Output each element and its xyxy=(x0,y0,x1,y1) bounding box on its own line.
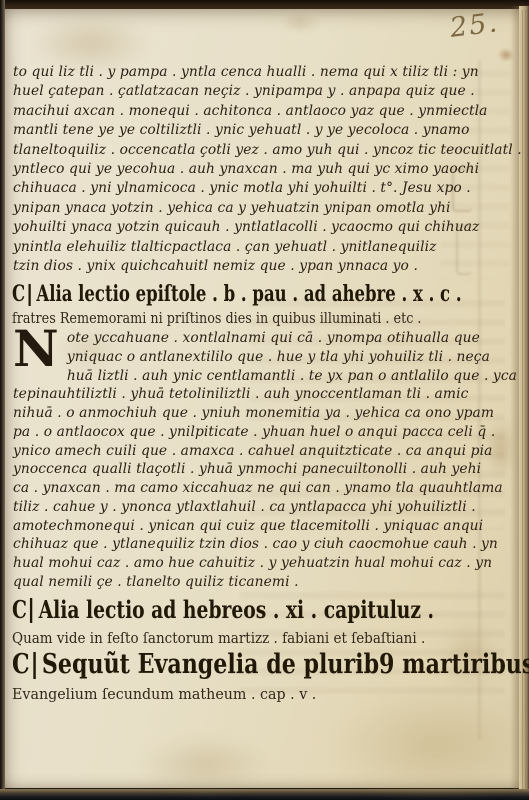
text-line: to qui liz tli . y pampa . yntla cenca h… xyxy=(13,63,465,82)
heading-text: Sequũt Evangelia de plurib9 martiribus . xyxy=(42,649,529,680)
capitulum-icon: C xyxy=(12,649,37,680)
text-line: mantli tene ye ye coltiliztli . ynic yeh… xyxy=(13,121,465,140)
heading-text: Alia lectio ad hebreos . xi . capituluz … xyxy=(39,595,434,624)
folio-number: 25. xyxy=(448,7,500,44)
text-line: amotechmonequi . ynican qui cuiz que tla… xyxy=(13,517,465,536)
book-bottom-edge xyxy=(0,789,529,800)
text-line: tiliz . cahue y . ynonca ytlaxtlahuil . … xyxy=(13,498,465,517)
text-line: chihuaz que . ytlanequiliz tzin dios . c… xyxy=(13,535,465,554)
book-binding-edge xyxy=(0,0,5,800)
text-line: tzin dios . ynix quichcahuitl nemiz que … xyxy=(13,257,465,276)
nahuatl-paragraph-2: N ote yccahuane . xontlalnami qui cā . y… xyxy=(13,329,465,592)
latin-rubric-2: Quam vide in feſto ſanctorum martizz . f… xyxy=(12,629,425,647)
capitulum-icon: C xyxy=(12,281,32,307)
text-line: ynoccenca qualli tlaçotli . yhuā ynmochi… xyxy=(13,460,465,479)
capitulum-icon: C xyxy=(12,595,34,624)
book-top-edge xyxy=(0,0,529,9)
text-line: hual mohui caz . amo hue cahuitiz . y ye… xyxy=(13,554,465,573)
text-line: yntleco qui ye yecohua . auh ynaxcan . m… xyxy=(13,160,465,179)
section-heading-gospels: CSequũt Evangelia de plurib9 martiribus … xyxy=(12,649,529,680)
text-line: chihuaca . yni ylnamicoca . ynic motla y… xyxy=(13,179,465,198)
section-heading-epistle: CAlia lectio epiſtole . b . pau . ad ahe… xyxy=(12,281,529,307)
text-line: macihui axcan . monequi . achitonca . an… xyxy=(13,102,465,121)
text-line: nihuā . o anmochiuh que . yniuh monemiti… xyxy=(13,404,465,423)
text-line: pa . o antlaocox que . ynilpiticate . yh… xyxy=(13,423,465,442)
text-line: huā liztli . auh ynic centlamantli . te … xyxy=(13,367,465,386)
drop-cap-initial: N xyxy=(13,330,59,368)
text-line: ynico amech cuili que . amaxca . cahuel … xyxy=(13,442,465,461)
latin-incipit-1: fratres Rememorami ni priſtinos dies in … xyxy=(12,311,421,327)
text-line: ca . ynaxcan . ma camo xiccahuaz ne qui … xyxy=(13,479,465,498)
text-line: tlaneltoquiliz . occencatla çotli yez . … xyxy=(13,141,465,160)
manuscript-photo: 25. to qui liz tli . y pampa . yntla cen… xyxy=(0,0,529,800)
text-line: yniquac o antlanextililo que . hue y tla… xyxy=(13,348,465,367)
text-line: tepinauhtiliztli . yhuā tetoliniliztli .… xyxy=(13,385,465,404)
text-line: huel çatepan . çatlatzacan neçiz . ynipa… xyxy=(13,82,465,101)
latin-rubric-3: Evangelium ſecundum matheum . cap . v . xyxy=(12,685,316,703)
text-line: ote yccahuane . xontlalnami qui cā . yno… xyxy=(13,329,465,348)
section-heading-hebrews: CAlia lectio ad hebreos . xi . capituluz… xyxy=(12,595,529,624)
heading-text: Alia lectio epiſtole . b . pau . ad aheb… xyxy=(36,281,461,307)
text-line: qual nemili çe . tlanelto quiliz ticanem… xyxy=(13,573,465,592)
text-line: yohuilti ynaca yotzin quicauh . yntlatla… xyxy=(13,218,465,237)
text-line: ynintla elehuiliz tlalticpactlaca . çan … xyxy=(13,238,465,257)
nahuatl-paragraph-1: to qui liz tli . y pampa . yntla cenca h… xyxy=(13,63,465,276)
text-line: ynipan ynaca yotzin . yehica ca y yehuat… xyxy=(13,199,465,218)
